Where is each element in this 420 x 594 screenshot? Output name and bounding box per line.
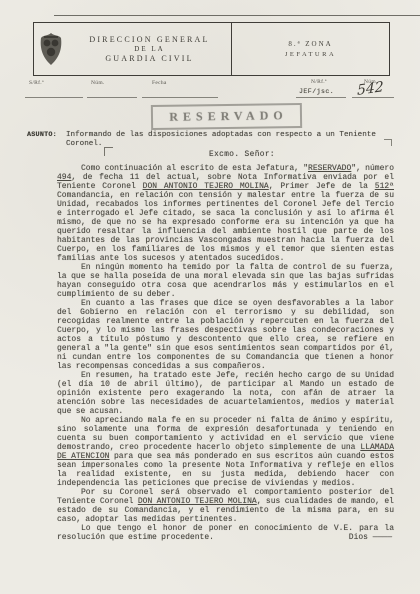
num-right-line bbox=[352, 97, 394, 98]
your-ref-blank-line bbox=[25, 97, 83, 98]
paragraph: En ningún momento ha temido por la falta… bbox=[57, 263, 394, 299]
body-text: ", número bbox=[351, 164, 394, 173]
body-text: Comandancia, en relación con tensión y m… bbox=[57, 191, 394, 263]
org-title: DIRECCION GENERAL DE LA GUARDIA CIVIL bbox=[68, 35, 231, 64]
num-left-label: Núm. bbox=[91, 80, 105, 86]
letterhead-box: DIRECCION GENERAL DE LA GUARDIA CIVIL 8.… bbox=[33, 22, 390, 76]
reservado-stamp: RESERVADO bbox=[151, 103, 302, 130]
paragraph: No apreciando mala fe en su proceder ni … bbox=[57, 416, 394, 488]
org-title-line2: DE LA bbox=[68, 45, 231, 54]
org-title-line1: DIRECCION GENERAL bbox=[68, 35, 231, 45]
paragraph: Por su Coronel será observado el comport… bbox=[57, 488, 394, 524]
date-label: Fecha bbox=[152, 80, 167, 86]
body-text: En resumen, ha tratado este Jefe, recién… bbox=[57, 371, 394, 416]
scan-top-edge-line bbox=[54, 15, 420, 16]
your-ref-label: S/Rf.ª bbox=[29, 80, 44, 86]
salutation: Excmo. Señor: bbox=[57, 151, 393, 159]
reservado-stamp-text: RESERVADO bbox=[165, 108, 288, 125]
scanned-document-page: { "letterhead": { "emblem_icon": "guardi… bbox=[0, 0, 420, 594]
guardia-civil-crest-icon bbox=[34, 32, 68, 66]
subject-label: ASUNTO: bbox=[27, 131, 57, 139]
date-blank-line bbox=[142, 97, 218, 98]
num-right-handwritten-value: 542 bbox=[357, 79, 383, 99]
our-ref-value: JEF/jsc. bbox=[299, 88, 334, 95]
paragraph: En resumen, ha tratado este Jefe, recién… bbox=[57, 371, 394, 416]
body-text: En cuanto a las frases que dice se oyen … bbox=[57, 299, 394, 371]
our-ref-line bbox=[296, 97, 346, 98]
letterhead-right-cell: 8.ª ZONA JEFATURA bbox=[232, 23, 389, 75]
body-text: En ningún momento ha temido por la falta… bbox=[57, 263, 394, 299]
underlined-text: 494 bbox=[57, 173, 71, 182]
underlined-text: DON ANTONIO TEJERO MOLINA bbox=[143, 182, 269, 191]
body-text: Como continuación al escrito de esta Jef… bbox=[81, 164, 308, 173]
body-text: No apreciando mala fe en su proceder ni … bbox=[57, 416, 394, 452]
underlined-text: RESERVADO bbox=[308, 164, 351, 173]
paragraph: En cuanto a las frases que dice se oyen … bbox=[57, 299, 394, 371]
body-text: , Primer Jefe de la bbox=[269, 182, 375, 191]
paragraph: Como continuación al escrito de esta Jef… bbox=[57, 164, 394, 263]
underlined-text: 512ª bbox=[375, 182, 394, 191]
org-title-line3: GUARDIA CIVIL bbox=[68, 54, 231, 64]
num-left-blank-line bbox=[87, 97, 137, 98]
our-ref-label: N/Rf.ª bbox=[311, 79, 327, 85]
underlined-text: DON ANTONIO TEJERO MOLINA bbox=[138, 497, 257, 506]
letterhead-left-cell: DIRECCION GENERAL DE LA GUARDIA CIVIL bbox=[34, 23, 232, 75]
zone-label: 8.ª ZONA bbox=[288, 39, 332, 50]
text-area-corner-mark-right bbox=[384, 139, 392, 146]
subject-text: Informando de las disposiciones adoptada… bbox=[66, 131, 390, 149]
jefatura-label: JEFATURA bbox=[285, 50, 336, 60]
body-paragraphs: Como continuación al escrito de esta Jef… bbox=[57, 164, 394, 542]
